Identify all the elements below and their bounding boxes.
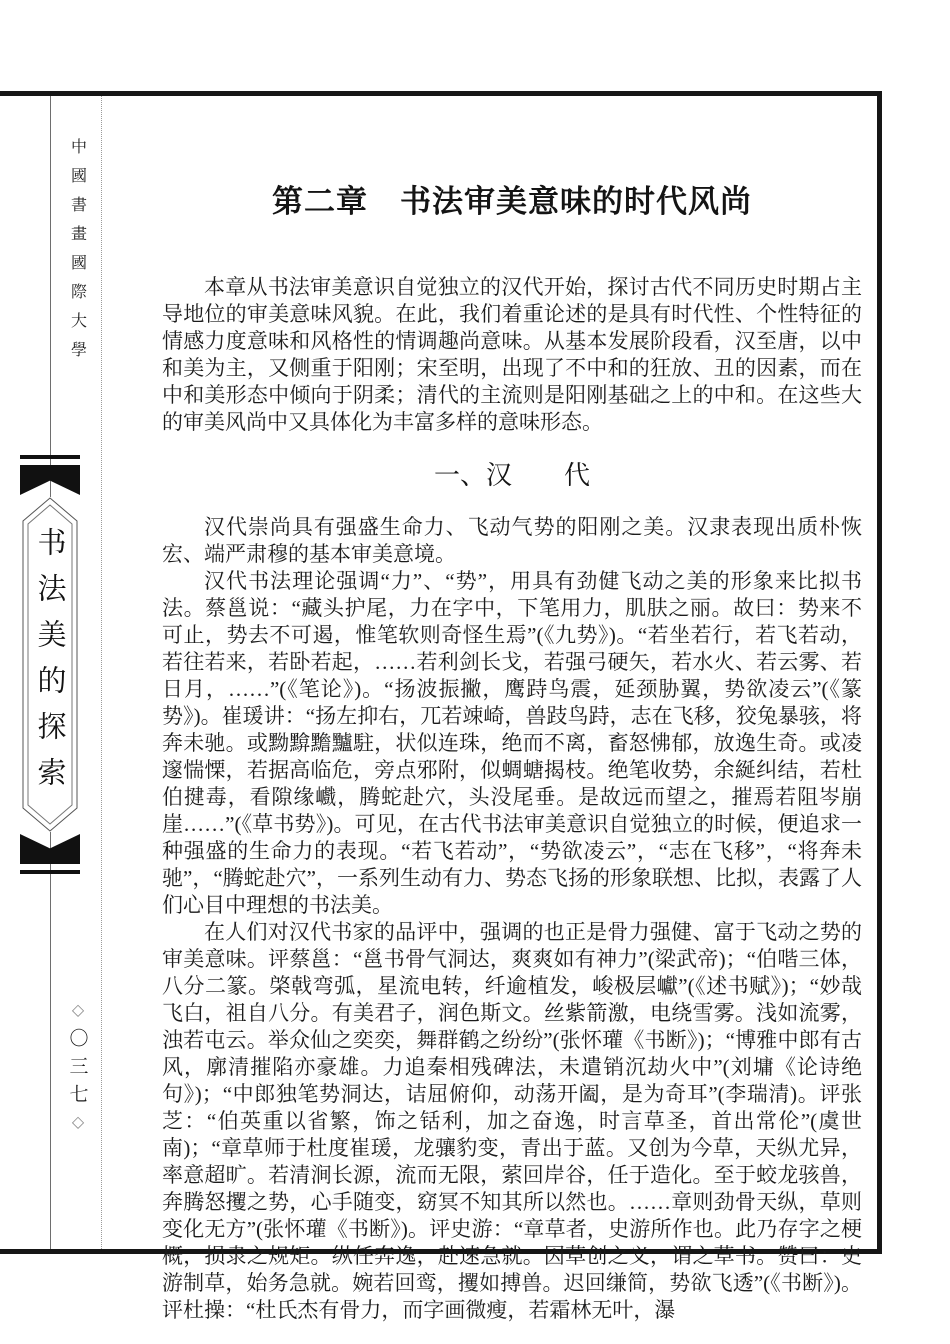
diamond-ornament-icon: ◇	[69, 1000, 86, 1028]
banner-top-ribbon	[20, 465, 80, 495]
series-title-text: 书法美的探索	[30, 527, 71, 803]
chapter-title: 第二章 书法审美意味的时代风尚	[162, 180, 862, 224]
body-paragraph: 在人们对汉代书家的品评中，强调的也正是骨力强健、富于飞动之势的审美意味。评蔡邕：…	[162, 919, 862, 1324]
banner-top-bar	[20, 455, 80, 459]
body-paragraph: 汉代书法理论强调“力”、“势”，用具有劲健飞动之美的形象来比拟书法。蔡邕说：“藏…	[162, 568, 862, 919]
page-number: 〇三七	[67, 1028, 88, 1112]
spine-university-name: 中國書畫國際大學	[50, 138, 104, 478]
series-banner: 书法美的探索	[20, 455, 80, 874]
diamond-ornament-icon: ◇	[69, 1112, 86, 1140]
intro-paragraph: 本章从书法审美意识自觉独立的汉代开始，探讨古代不同历史时期占主导地位的审美意味风…	[162, 274, 862, 436]
page-border-right	[877, 91, 882, 1254]
main-text-column: 第二章 书法审美意味的时代风尚 本章从书法审美意识自觉独立的汉代开始，探讨古代不…	[162, 180, 862, 1324]
section-heading: 一、汉 代	[162, 458, 862, 494]
page-border-top	[0, 91, 882, 96]
spine-university-text: 中國書畫國際大學	[66, 138, 89, 370]
body-paragraph: 汉代崇尚具有强盛生命力、飞动气势的阳刚之美。汉隶表现出质朴恢宏、端严肃穆的基本审…	[162, 514, 862, 568]
book-page: 中國書畫國際大學 书法美的探索 ◇〇三七◇ 第二章 书法审美意味的时代风尚 本章…	[0, 0, 950, 1344]
banner-bottom-bar	[20, 870, 80, 874]
banner-hexagon: 书法美的探索	[22, 497, 78, 832]
banner-bottom-ribbon	[20, 834, 80, 864]
folio: ◇〇三七◇	[50, 1000, 104, 1150]
